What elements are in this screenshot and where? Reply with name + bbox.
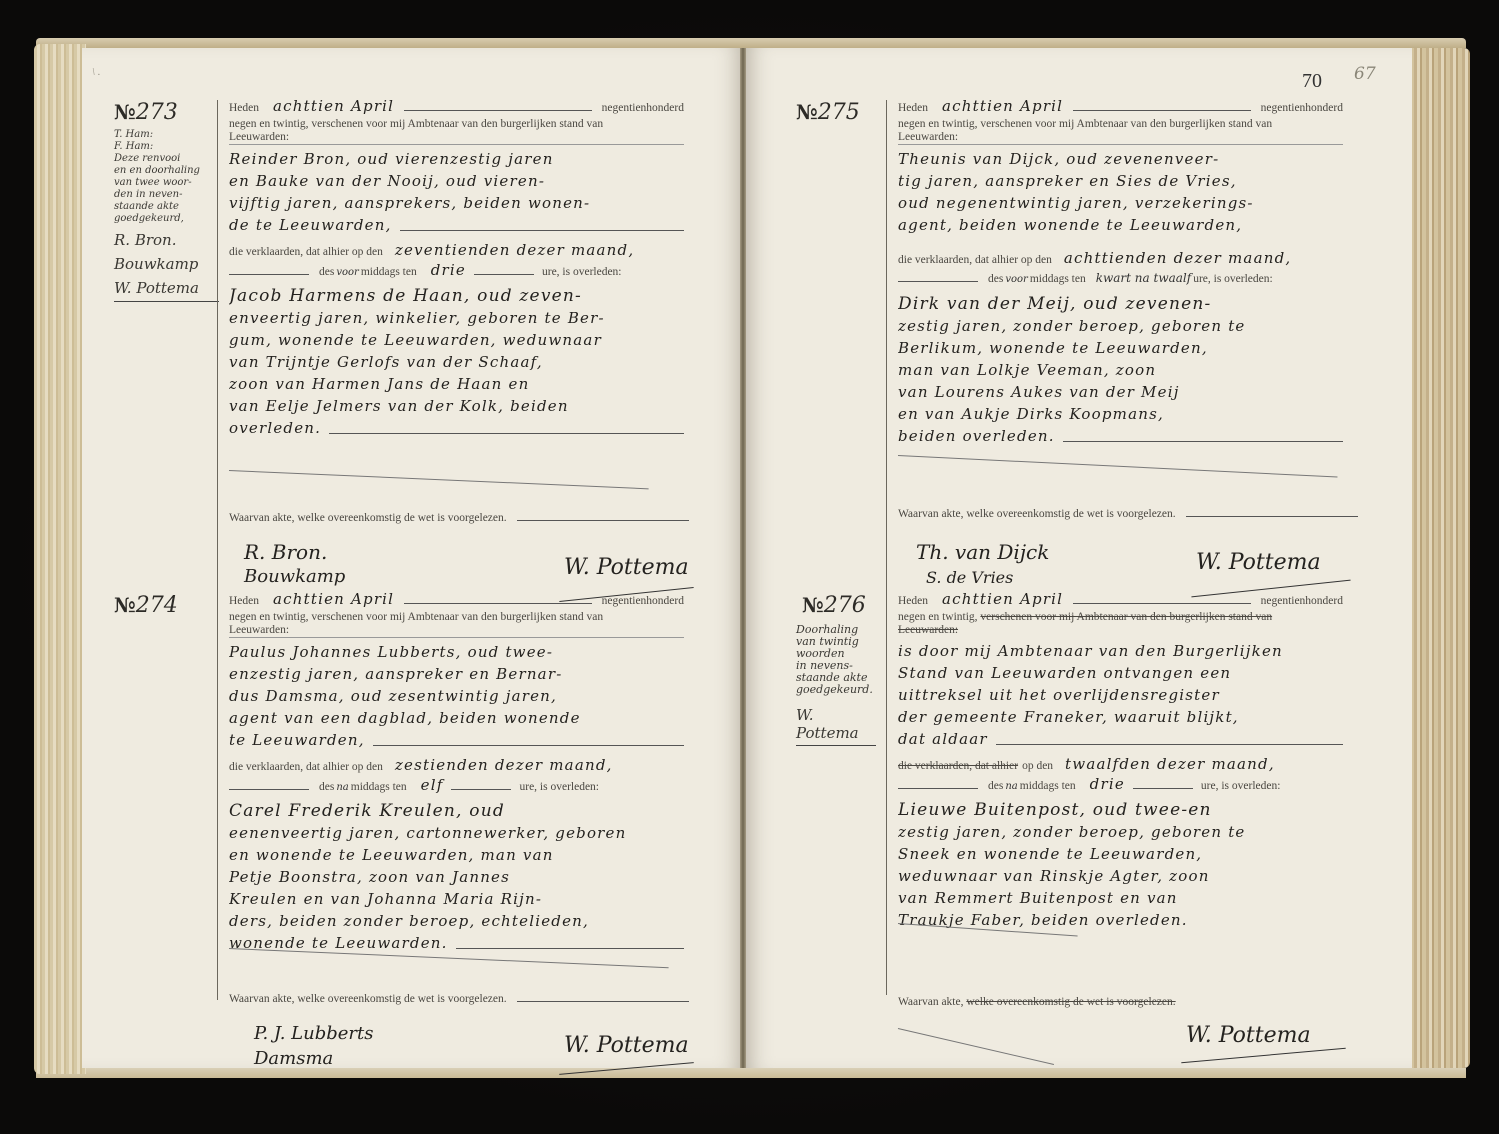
record-body: Heden achttien April negentienhonderd ne… (229, 100, 684, 439)
record-body: Heden achttien April negentienhonderd ne… (898, 100, 1343, 447)
witness-signature: S. de Vries (926, 568, 1013, 587)
day-of-death: zeventienden dezer maand, (395, 244, 634, 257)
struck-printed-text: die verklaarden, dat alhier (898, 760, 1018, 773)
book-bottom-edge (36, 1068, 1466, 1078)
death-record-275: №275 Heden achttien April negentienhonde… (796, 100, 1396, 540)
book-top-edge (36, 38, 1466, 48)
struck-printed-text: Leeuwarden: (898, 624, 1343, 637)
record-body: Heden achttien April negentienhonderd ne… (898, 593, 1343, 931)
witness-signature: R. Bron. (244, 540, 327, 564)
record-number: №275 (796, 100, 896, 125)
death-record-274: №274 Heden achttien April negentienhonde… (114, 593, 714, 1063)
record-margin: №276 Doorhaling van twintig woorden in n… (796, 593, 891, 746)
witness-signature: Bouwkamp (244, 566, 345, 587)
death-record-273: №273 T. Ham: F. Ham: Deze renvooi en en … (114, 100, 714, 540)
deceased-text: Dirk van der Meij, oud zevenen- zestig j… (898, 293, 1343, 447)
right-page: 70 67 №275 Heden achttien April negentie… (746, 48, 1412, 1068)
left-page-stack (34, 44, 86, 1074)
deceased-text: Lieuwe Buitenpost, oud twee-en zestig ja… (898, 799, 1343, 931)
record-number: №276 (802, 593, 891, 618)
official-signature: W. Pottema (564, 1033, 689, 1058)
record-date: achttien April (942, 593, 1063, 606)
margin-signature: W. Pottema (114, 279, 219, 302)
official-signature: W. Pottema (1186, 1023, 1311, 1048)
struck-printed-text: verschenen voor mij Ambtenaar van den bu… (980, 611, 1272, 623)
hour-of-death: drie (431, 264, 466, 277)
record-date: achttien April (273, 593, 394, 606)
record-margin: №275 (796, 100, 896, 125)
informants-text: Paulus Johannes Lubberts, oud twee- enze… (229, 641, 684, 751)
folio-number: 70 (1302, 70, 1322, 93)
official-signature: W. Pottema (564, 555, 689, 580)
hour-of-death: drie (1090, 778, 1125, 791)
margin-annotation: Doorhaling van twintig woorden in nevens… (796, 624, 891, 696)
margin-signature: Bouwkamp (114, 255, 214, 273)
witness-signature: Th. van Dijck (916, 540, 1049, 564)
closing-stroke (898, 1028, 1054, 1065)
open-register-book: \ . №273 T. Ham: F. Ham: Deze renvooi en… (30, 38, 1470, 1078)
margin-signature: W. Pottema (796, 706, 876, 746)
deceased-text: Jacob Harmens de Haan, oud zeven- enveer… (229, 285, 684, 439)
right-page-stack (1410, 48, 1470, 1068)
death-record-276: №276 Doorhaling van twintig woorden in n… (796, 593, 1396, 1063)
struck-printed-text: welke overeenkomstig de wet is voorgelez… (966, 996, 1175, 1009)
day-of-death: achttienden dezer maand, (1064, 252, 1291, 265)
hour-of-death: elf (421, 779, 444, 792)
record-date: achttien April (942, 100, 1063, 113)
informants-text: Reinder Bron, oud vierenzestig jaren en … (229, 148, 684, 236)
day-of-death: zestienden dezer maand, (395, 759, 613, 772)
closing-stroke (229, 470, 649, 489)
deceased-text: Carel Frederik Kreulen, oud eenenveertig… (229, 800, 684, 954)
pencil-page-number: 67 (1354, 64, 1376, 84)
extract-text: is door mij Ambtenaar van den Burgerlijk… (898, 640, 1343, 750)
informants-text: Theunis van Dijck, oud zevenenveer- tig … (898, 148, 1343, 236)
record-margin: №274 (114, 593, 214, 618)
margin-annotation: T. Ham: F. Ham: Deze renvooi en en doorh… (114, 129, 214, 225)
day-of-death: twaalfden dezer maand, (1065, 758, 1275, 771)
witness-signature: Damsma (254, 1048, 333, 1069)
pencil-corner-mark: \ . (92, 66, 101, 78)
closing-stroke (898, 455, 1338, 477)
record-date: achttien April (273, 100, 394, 113)
hour-of-death: kwart na twaalf (1096, 272, 1191, 285)
record-body: Heden achttien April negentienhonderd ne… (229, 593, 684, 954)
witness-signature: P. J. Lubberts (254, 1023, 374, 1044)
official-signature: W. Pottema (1196, 550, 1321, 575)
record-number: №274 (114, 593, 214, 618)
margin-signature: R. Bron. (114, 231, 214, 249)
record-number: №273 (114, 100, 214, 125)
record-margin: №273 T. Ham: F. Ham: Deze renvooi en en … (114, 100, 214, 302)
left-page: \ . №273 T. Ham: F. Ham: Deze renvooi en… (82, 48, 742, 1068)
